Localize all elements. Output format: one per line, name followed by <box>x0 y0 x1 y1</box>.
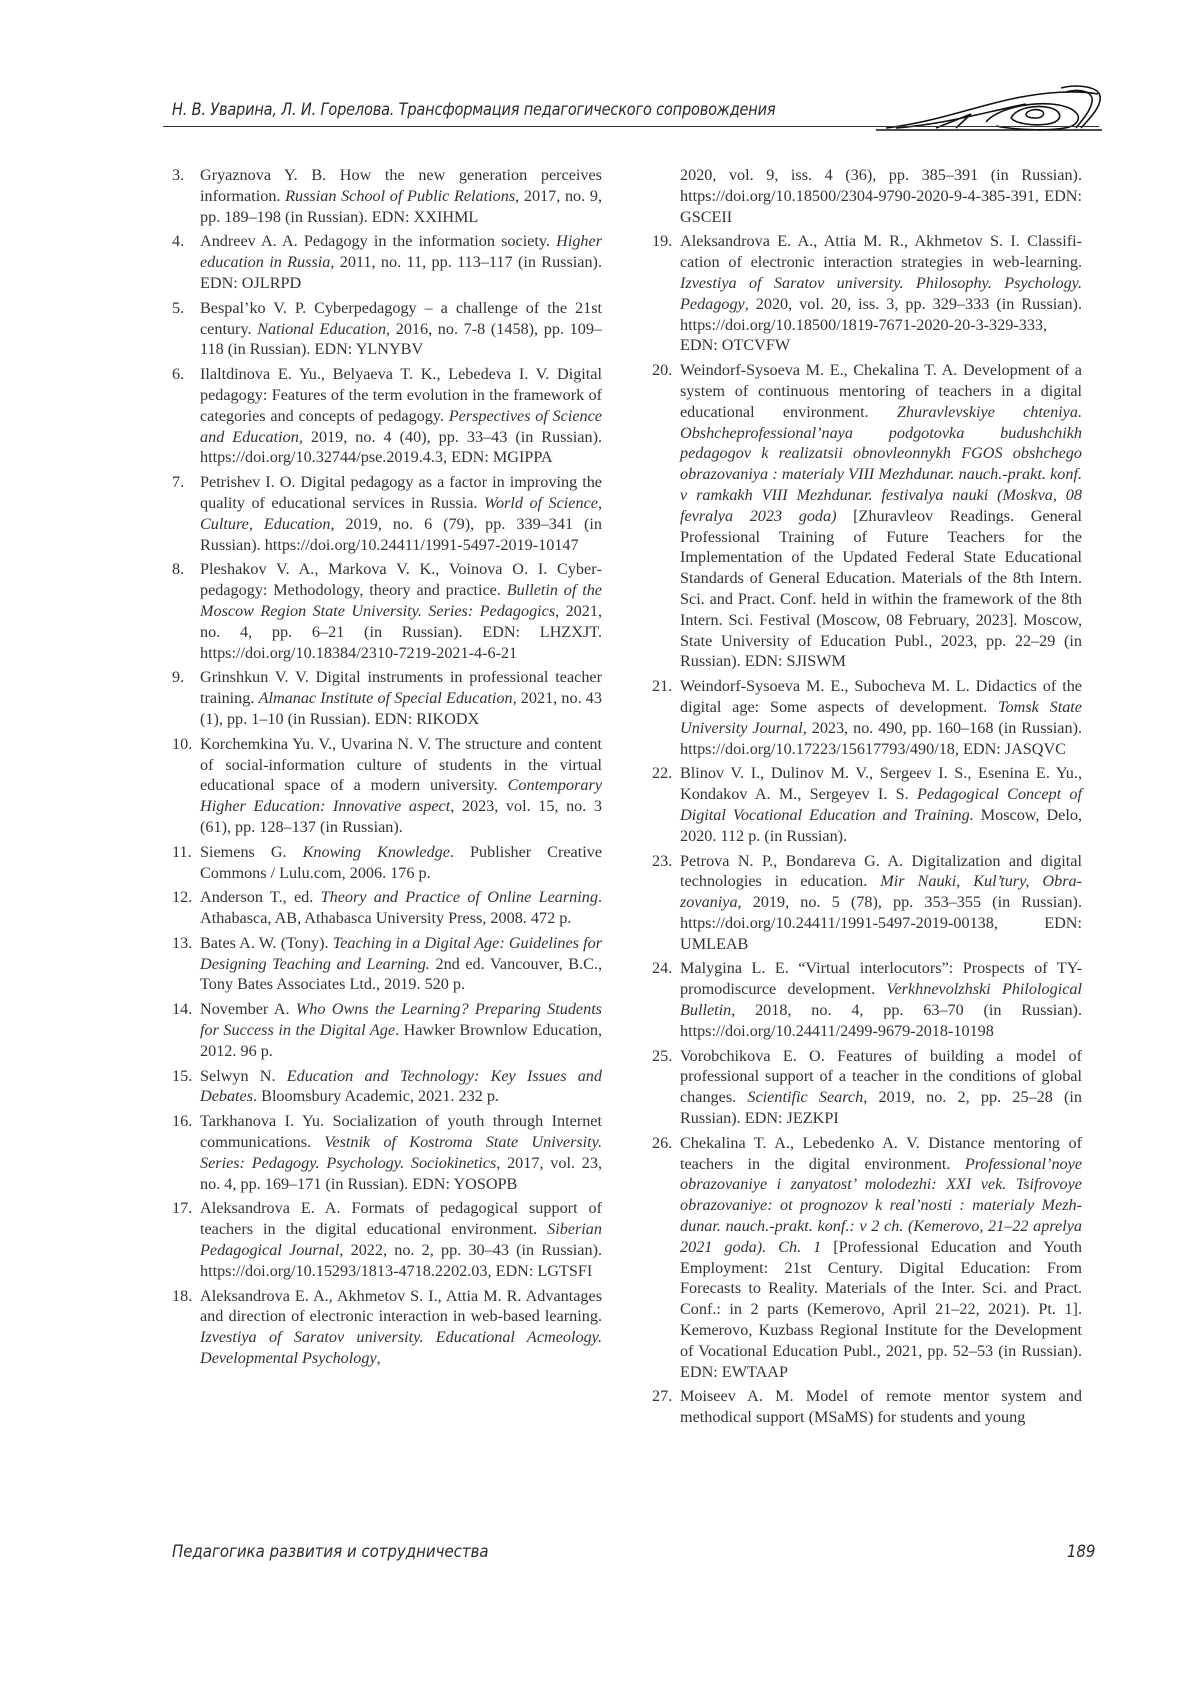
reference-number: 11. <box>172 842 198 863</box>
reference-number: 13. <box>172 933 198 954</box>
reference-text: Moiseev A. M. Model of remote mentor sys… <box>680 1387 1082 1426</box>
reference-text: , <box>377 1349 381 1367</box>
reference-number: 17. <box>172 1198 198 1219</box>
reference-source-title: Theory and Practice of Online Learn­ing <box>321 888 598 906</box>
reference-number: 18. <box>172 1286 198 1307</box>
reference-text: , 2019, no. 5 (78), pp. 353–355 (in Russ… <box>680 893 1082 953</box>
reference-item: 24.Malygina L. E. “Virtual interlocutors… <box>652 958 1082 1041</box>
reference-number: 16. <box>172 1111 198 1132</box>
art-nouveau-ornament-icon <box>876 84 1102 132</box>
reference-item: 10.Korchemkina Yu. V., Uvarina N. V. The… <box>172 734 602 838</box>
reference-item: 25.Vorobchikova E. O. Features of buildi… <box>652 1046 1082 1129</box>
reference-number: 12. <box>172 887 198 908</box>
reference-number: 5. <box>172 298 198 319</box>
reference-number: 14. <box>172 999 198 1020</box>
reference-item: 13.Bates A. W. (Tony). Teaching in a Dig… <box>172 933 602 995</box>
reference-item: 5.Bespal’ko V. P. Cyberpedagogy – a chal… <box>172 298 602 360</box>
reference-item: 26.Chekalina T. A., Lebedenko A. V. Dist… <box>652 1133 1082 1383</box>
reference-item: 9.Grinshkun V. V. Digital instruments in… <box>172 667 602 729</box>
reference-text: . Bloomsbury Academic, 2021. 232 p. <box>253 1087 499 1105</box>
reference-item: 22.Blinov V. I., Dulinov M. V., Sergeev … <box>652 763 1082 846</box>
reference-item: 11.Siemens G. Knowing Knowledge. Publish… <box>172 842 602 884</box>
reference-text: 2020, vol. 9, iss. 4 (36), pp. 385–391 (… <box>680 166 1082 226</box>
reference-number: 23. <box>652 851 678 872</box>
reference-item: 7.Petrishev I. O. Digital pedagogy as a … <box>172 472 602 555</box>
reference-number: 24. <box>652 958 678 979</box>
reference-item: 12.Anderson T., ed. Theory and Practice … <box>172 887 602 929</box>
references-column-right: 2020, vol. 9, iss. 4 (36), pp. 385–391 (… <box>652 165 1082 1432</box>
reference-number: 27. <box>652 1386 678 1407</box>
running-head-title: Н. В. Уварина, Л. И. Горелова. Трансформ… <box>172 100 770 119</box>
reference-item: 18.Aleksandrova E. A., Akhmetov S. I., A… <box>172 1286 602 1369</box>
reference-source-title: Almanac Institute of Special Education <box>259 689 513 707</box>
reference-source-title: Knowing Knowledge <box>303 843 450 861</box>
reference-text: Siemens G. <box>200 843 303 861</box>
page-number: 189 <box>1066 1542 1095 1562</box>
footer-journal-title: Педагогика развития и сотрудничества <box>172 1542 489 1562</box>
reference-number: 3. <box>172 165 198 186</box>
reference-item: 3.Gryaznova Y. B. How the new generation… <box>172 165 602 227</box>
reference-number: 25. <box>652 1046 678 1067</box>
reference-text: Bates A. W. (Tony). <box>200 934 333 952</box>
reference-item: 2020, vol. 9, iss. 4 (36), pp. 385–391 (… <box>652 165 1082 227</box>
header-rule <box>163 126 1099 127</box>
reference-number: 26. <box>652 1133 678 1154</box>
references-column-left: 3.Gryaznova Y. B. How the new generation… <box>172 165 602 1373</box>
reference-number: 20. <box>652 360 678 381</box>
reference-number: 4. <box>172 231 198 252</box>
reference-text: Andreev A. A. Pedagogy in the informatio… <box>200 232 556 250</box>
reference-text: November A. <box>200 1000 296 1018</box>
reference-item: 19.Aleksandrova E. A., Attia M. R., Akhm… <box>652 231 1082 356</box>
reference-item: 14.November A. Who Owns the Learning? Pr… <box>172 999 602 1061</box>
journal-page: Н. В. Уварина, Л. И. Горелова. Трансформ… <box>0 0 1200 1697</box>
reference-item: 21.Weindorf-Sysoeva M. E., Subocheva M. … <box>652 676 1082 759</box>
reference-number: 21. <box>652 676 678 697</box>
reference-item: 17.Aleksandrova E. A. Formats of pedagog… <box>172 1198 602 1281</box>
reference-number: 10. <box>172 734 198 755</box>
reference-text: Selwyn N. <box>200 1067 287 1085</box>
reference-text: Aleksandrova E. A., Attia M. R., Akhmeto… <box>680 232 1082 271</box>
reference-source-title: National Education <box>257 320 386 338</box>
reference-text: , 2018, no. 4, pp. 63–70 (in Russian). h… <box>680 1001 1082 1040</box>
reference-source-title: Scientific Search <box>747 1088 863 1106</box>
reference-source-title: Russian School of Public Relations <box>285 187 515 205</box>
reference-number: 7. <box>172 472 198 493</box>
reference-item: 20.Weindorf-Sysoeva M. E., Chekalina T. … <box>652 360 1082 672</box>
reference-text: [Zhuravleov Read­ings. General Professio… <box>680 507 1082 671</box>
reference-item: 8.Pleshakov V. A., Markova V. K., Voinov… <box>172 559 602 663</box>
reference-item: 23.Petrova N. P., Bondareva G. A. Digita… <box>652 851 1082 955</box>
reference-item: 6.Ilaltdinova E. Yu., Belyaeva T. K., Le… <box>172 364 602 468</box>
reference-item: 15.Selwyn N. Education and Technology: K… <box>172 1066 602 1108</box>
reference-item: 27.Moiseev A. M. Model of remote mentor … <box>652 1386 1082 1428</box>
reference-text: Anderson T., ed. <box>200 888 321 906</box>
reference-number: 15. <box>172 1066 198 1087</box>
reference-number: 8. <box>172 559 198 580</box>
reference-source-title: Izvestiya of Saratov university. Educati… <box>200 1328 602 1367</box>
reference-number: 22. <box>652 763 678 784</box>
reference-item: 16.Tarkhanova I. Yu. Socialization of yo… <box>172 1111 602 1194</box>
reference-text: [Professional Education and Youth Employ… <box>680 1238 1082 1381</box>
reference-text: Aleksandrova E. A., Akhmetov S. I., Atti… <box>200 1287 602 1326</box>
reference-number: 6. <box>172 364 198 385</box>
reference-number: 19. <box>652 231 678 252</box>
reference-number: 9. <box>172 667 198 688</box>
reference-text: Aleksandrova E. A. Formats of pedagogica… <box>200 1199 602 1238</box>
reference-item: 4.Andreev A. A. Pedagogy in the informat… <box>172 231 602 293</box>
